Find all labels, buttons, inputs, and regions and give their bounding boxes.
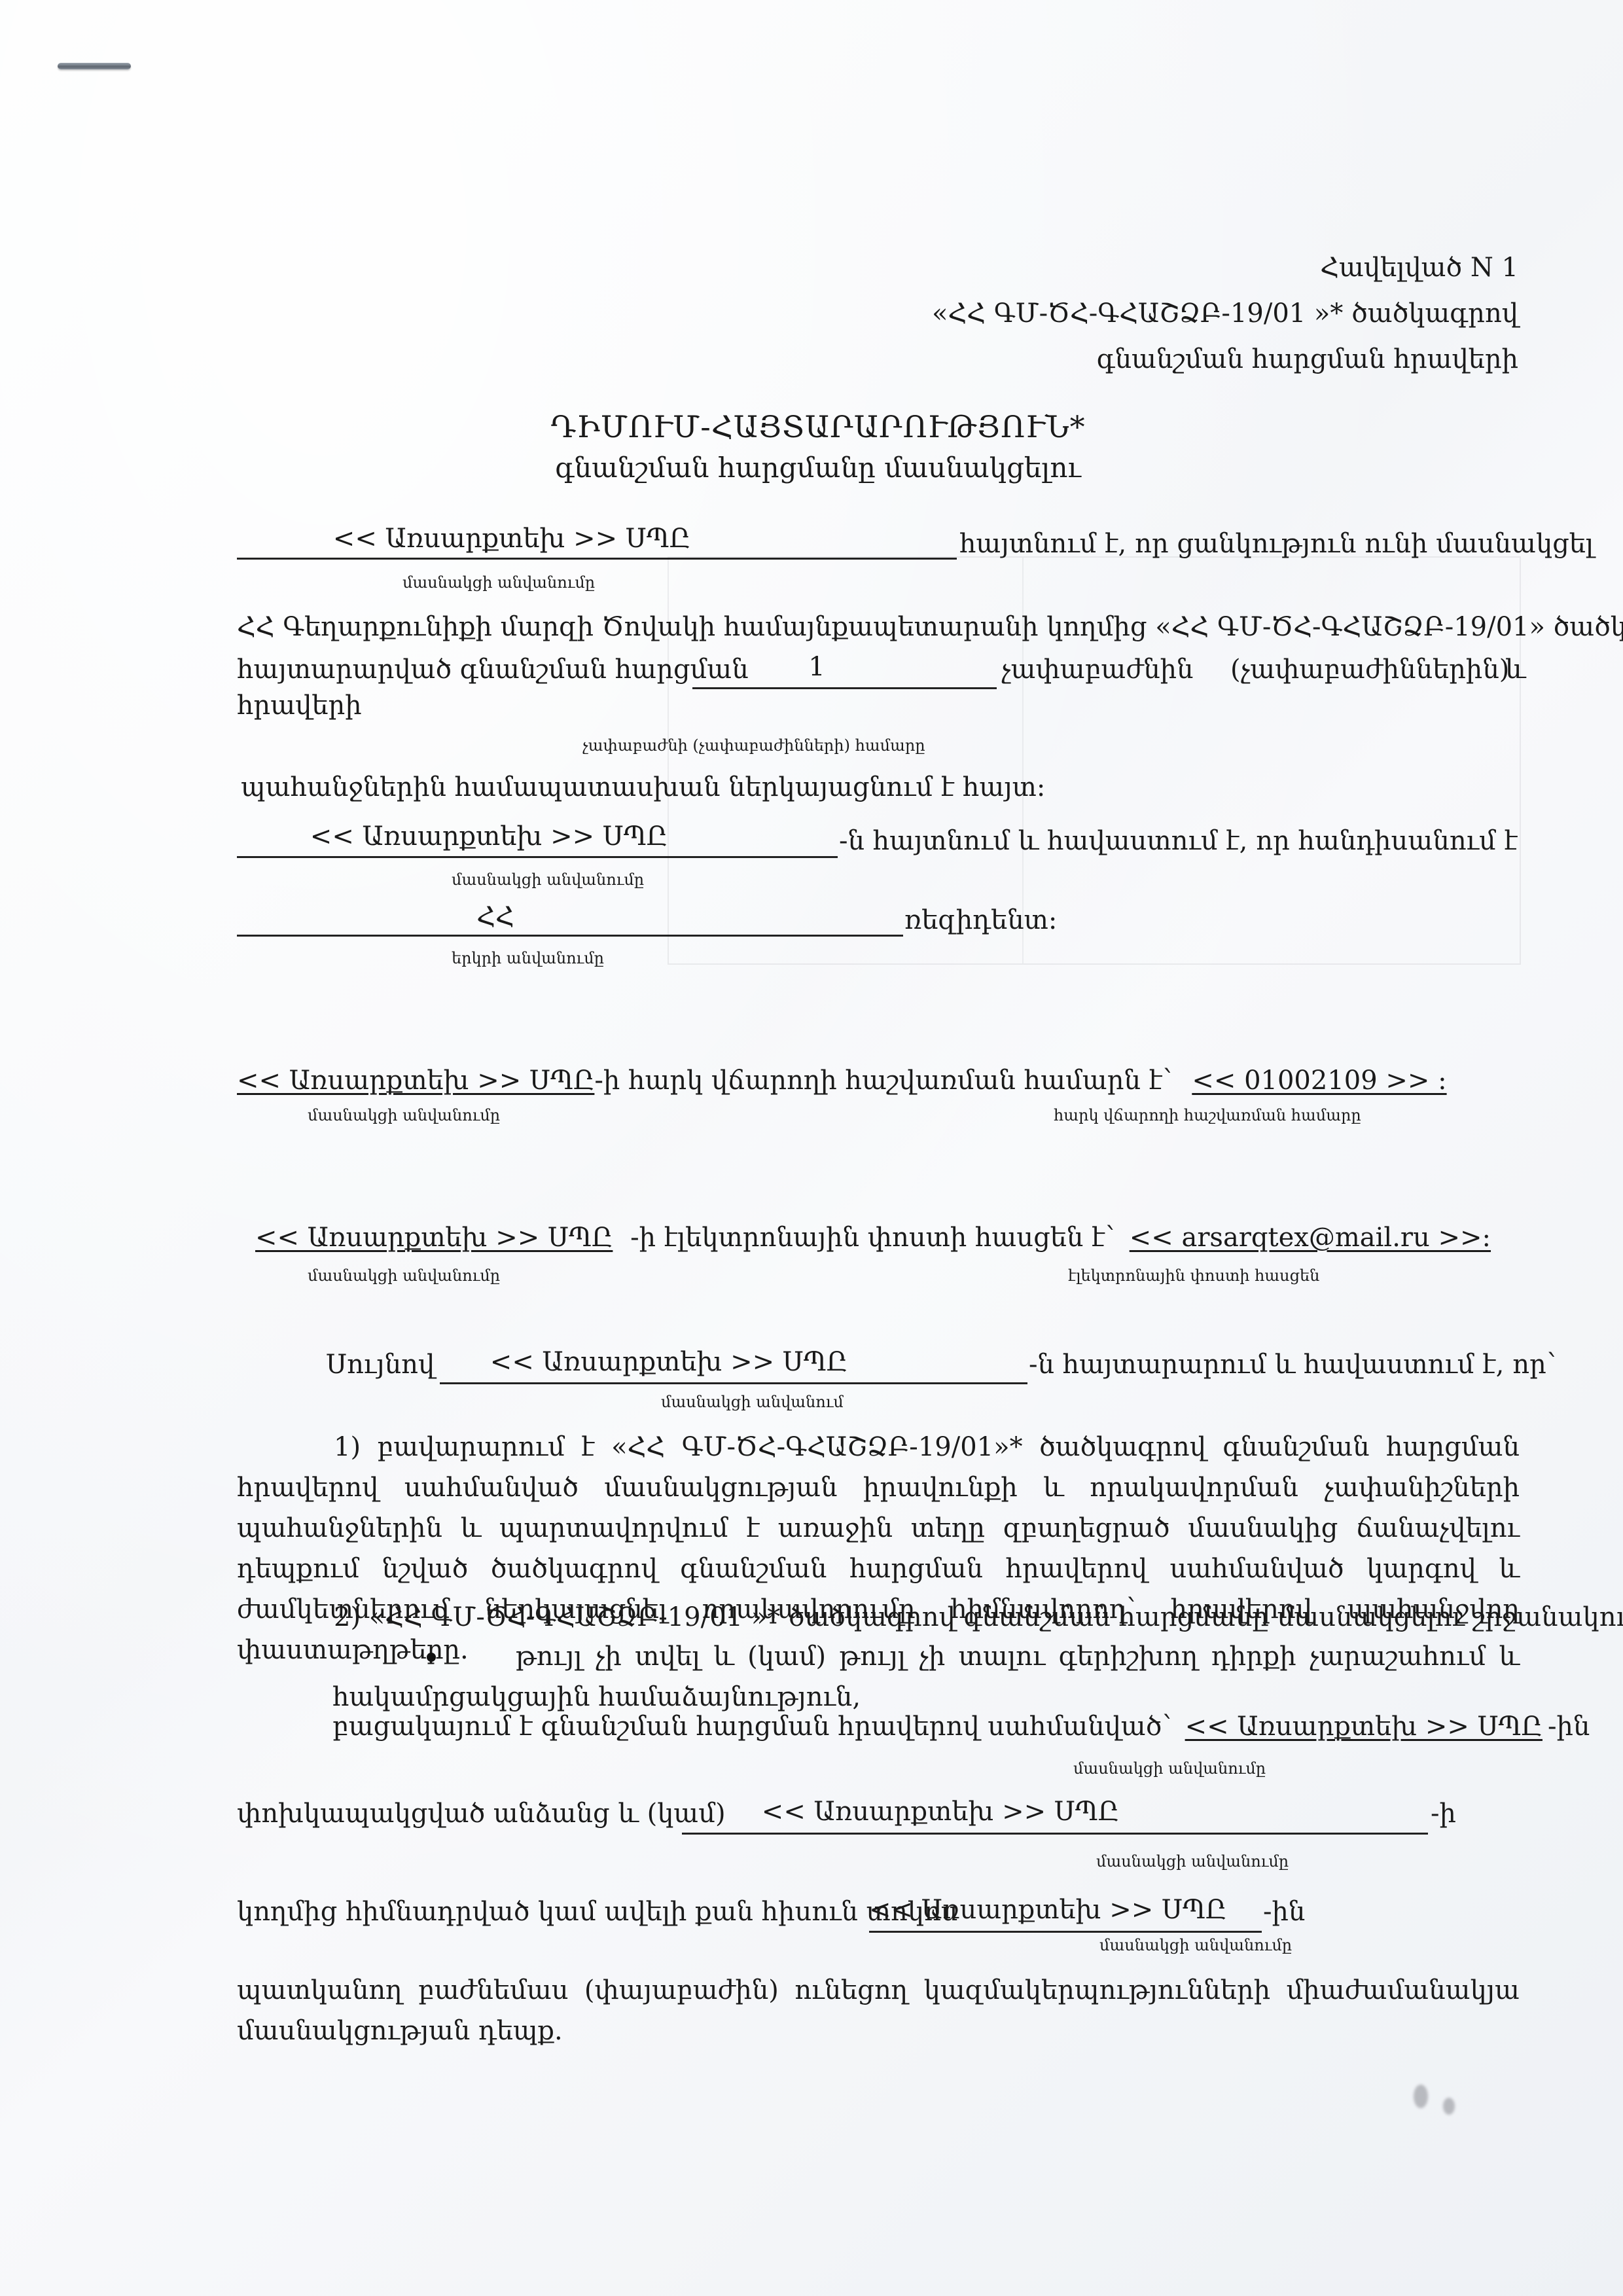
smudge: [1443, 2098, 1455, 2115]
point-2-final: պատկանող բաժնեմաս (փայաբաժին) ունեցող կա…: [237, 1970, 1520, 2051]
smudge: [1414, 2085, 1428, 2108]
email-participant-name[interactable]: << Առսարքտեխ >> ՍՊԸ: [237, 1223, 622, 1253]
point-2-bullet: թույլ չի տվել և (կամ) թույլ չի տալու գեր…: [332, 1636, 1520, 1717]
country-field[interactable]: [237, 935, 903, 937]
document-title: ԴԻՄՈՒՄ-ՀԱՅՏԱՐԱՐՈՒԹՅՈՒՆ*: [393, 409, 1243, 444]
email-value[interactable]: << arsarqtex@mail.ru >>:: [1130, 1223, 1491, 1253]
annex-number: Հավելված N 1: [785, 249, 1518, 287]
annex-subtitle: գնանշման հարցման հրավերի: [785, 340, 1518, 378]
tin-line: << Առսարքտեխ >> ՍՊԸ-ի հարկ վճարողի հաշվա…: [237, 1066, 1447, 1096]
section1-and-word: և: [1505, 655, 1526, 685]
section1-line5: պահանջներին համապատասխան ներկայացնում է …: [241, 772, 1045, 802]
excludes-suffix: -ին: [1548, 1712, 1590, 1742]
tin-value[interactable]: << 01002109 >> :: [1192, 1066, 1446, 1096]
tin-label: հարկ վճարողի հաշվառման համարը: [1054, 1106, 1361, 1124]
excludes-prefix: բացակայում է գնանշման հարցման հրավերով ս…: [332, 1712, 1171, 1742]
affiliated-participant-field[interactable]: [682, 1833, 1428, 1835]
declaration-participant-label: մասնակցի անվանում: [661, 1393, 844, 1411]
email-label: էլեկտրոնային փոստի հասցեն: [1068, 1266, 1319, 1285]
participant-name-label: մասնակցի անվանումը: [402, 573, 595, 592]
declaration-prefix: Սույնով: [326, 1350, 435, 1380]
affiliated-prefix: փոխկապակցված անձանց և (կամ): [237, 1799, 726, 1829]
section1-line2: ՀՀ Գեղարքունիքի մարզի Ծովակի համայնքապետ…: [237, 612, 1623, 642]
excludes-line: բացակայում է գնանշման հարցման հրավերով ս…: [332, 1712, 1590, 1742]
section1-lots-word: (չափաբաժիններին): [1230, 655, 1509, 685]
founded-suffix: -ին: [1263, 1897, 1305, 1927]
founded-participant-value: << Առսարքտեխ >> ՍՊԸ: [869, 1895, 1222, 1925]
tin-participant-name[interactable]: << Առսարքտեխ >> ՍՊԸ: [237, 1066, 594, 1096]
affiliated-participant-value: << Առսարքտեխ >> ՍՊԸ: [682, 1797, 1199, 1827]
affiliated-participant-label: մասնակցի անվանումը: [1096, 1852, 1289, 1871]
participant-name-field-2[interactable]: [237, 856, 838, 858]
staple-mark: [58, 63, 131, 69]
participant-name-value-2: << Առսարքտեխ >> ՍՊԸ: [237, 821, 741, 852]
scanned-page: Հավելված N 1 «ՀՀ ԳՄ-ԾՀ-ԳՀԱՇՁԲ-19/01 »* ծ…: [0, 0, 1623, 2296]
point-1: 1) բավարարում է «ՀՀ ԳՄ-ԾՀ-ԳՀԱՇՁԲ-19/01»*…: [237, 1427, 1520, 1670]
section1-suffix: հայտնում է, որ ցանկություն ունի մասնակցե…: [959, 529, 1594, 559]
founded-participant-label: մասնակցի անվանումը: [1099, 1936, 1292, 1954]
lot-number-value: 1: [692, 652, 941, 682]
affiliated-suffix: -ի: [1431, 1799, 1456, 1829]
country-label: երկրի անվանումը: [452, 949, 604, 967]
point-2-intro: 2) «ՀՀ ԳՄ-ԾՀ-ԳՀԱՇՁԲ-19/01 »* ծածկագրով գ…: [334, 1602, 1623, 1632]
excludes-participant[interactable]: << Առսարքտեխ >> ՍՊԸ: [1185, 1712, 1543, 1742]
document-subtitle: գնանշման հարցմանը մասնակցելու: [393, 452, 1243, 484]
tin-participant-label: մասնակցի անվանումը: [308, 1106, 500, 1124]
participant-name-value: << Առսարքտեխ >> ՍՊԸ: [237, 524, 787, 554]
section1-line4: հրավերի: [237, 691, 362, 721]
participant-name-field[interactable]: [237, 558, 957, 560]
section1-lot-word: չափաբաժնին: [1001, 655, 1193, 685]
lot-number-field[interactable]: [692, 687, 997, 689]
declaration-participant-field[interactable]: [440, 1382, 1027, 1384]
email-line: << Առսարքտեխ >> ՍՊԸ -ի էլեկտրոնային փոստ…: [237, 1223, 1491, 1253]
country-suffix: ռեզիդենտ:: [904, 905, 1057, 935]
section2-suffix: -ն հայտնում և հավաստում է, որ հանդիսանու…: [839, 826, 1518, 856]
founded-participant-field[interactable]: [869, 1931, 1262, 1933]
participant-name-label-2: մասնակցի անվանումը: [452, 870, 644, 889]
email-middle-text: -ի էլեկտրոնային փոստի հասցեն է՝: [630, 1223, 1115, 1253]
declaration-suffix: -ն հայտարարում և հավաստում է, որ՝: [1029, 1350, 1556, 1380]
tin-middle-text: -ի հարկ վճարողի հաշվառման համարն է՝: [594, 1066, 1171, 1096]
founded-prefix: կողմից հիմնադրված կամ ավելի քան հիսուն տ…: [237, 1897, 958, 1927]
declaration-participant-value: << Առսարքտեխ >> ՍՊԸ: [440, 1347, 898, 1377]
lot-number-label: չափաբաժնի (չափաբաժինների) համարը: [582, 736, 925, 755]
country-value: ՀՀ: [237, 902, 754, 932]
section1-line3-prefix: հայտարարված գնանշման հարցման: [237, 655, 749, 685]
annex-code: «ՀՀ ԳՄ-ԾՀ-ԳՀԱՇՁԲ-19/01 »* ծածկագրով: [785, 295, 1518, 332]
annex-header: Հավելված N 1 «ՀՀ ԳՄ-ԾՀ-ԳՀԱՇՁԲ-19/01 »* ծ…: [785, 249, 1518, 378]
excludes-participant-label: մասնակցի անվանումը: [1073, 1759, 1266, 1778]
email-participant-label: մասնակցի անվանումը: [308, 1266, 500, 1285]
